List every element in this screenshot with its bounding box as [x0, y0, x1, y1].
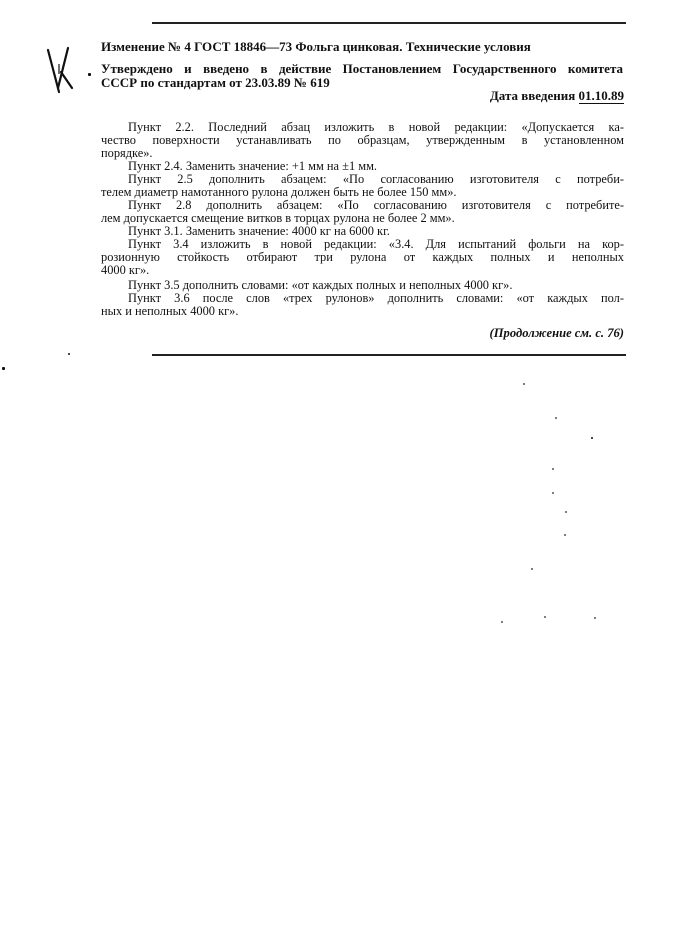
scan-speck: [544, 616, 546, 618]
body-line: Пункт 3.4 изложить в новой редакции: «3.…: [128, 237, 624, 251]
body-line: чество поверхности устанавливать по обра…: [101, 133, 624, 147]
scan-speck: [555, 417, 557, 419]
body-line: Пункт 3.6 после слов «трех рулонов» допо…: [128, 291, 624, 305]
body-line: 4000 кг».: [101, 263, 149, 277]
scan-speck: [68, 353, 70, 355]
scan-speck: [531, 568, 533, 570]
body-line: ных и неполных 4000 кг».: [101, 304, 238, 318]
scan-speck: [552, 492, 554, 494]
scan-speck: [591, 437, 593, 439]
effective-date-label: Дата введения: [490, 88, 575, 103]
body-line: телем диаметр намотанного рулона должен …: [101, 185, 457, 199]
margin-dot: [88, 73, 91, 76]
handwritten-k-mark-icon: [44, 44, 78, 96]
continuation-note: (Продолжение см. с. 76): [490, 326, 624, 340]
body-line: Пункт 2.5 дополнить абзацем: «По согласо…: [128, 172, 624, 186]
scan-speck: [564, 534, 566, 536]
scan-speck: [501, 621, 503, 623]
effective-date-value: 01.10.89: [579, 88, 625, 104]
approval-line-2: СССР по стандартам от 23.03.89 № 619: [101, 76, 330, 90]
scan-speck: [523, 383, 525, 385]
body-line: Пункт 3.1. Заменить значение: 4000 кг на…: [128, 224, 390, 238]
body-line: порядке».: [101, 146, 153, 160]
approval-line-1: Утверждено и введено в действие Постанов…: [101, 62, 623, 76]
scan-speck: [2, 367, 5, 370]
body-line: лем допускается смещение витков в торцах…: [101, 211, 455, 225]
body-line: Пункт 2.4. Заменить значение: +1 мм на ±…: [128, 159, 377, 173]
scan-speck: [594, 617, 596, 619]
scan-speck: [565, 511, 567, 513]
amendment-title: Изменение № 4 ГОСТ 18846—73 Фольга цинко…: [101, 40, 531, 54]
body-line: Пункт 2.8 дополнить абзацем: «По согласо…: [128, 198, 624, 212]
scan-speck: [552, 468, 554, 470]
body-line: розионную стойкость отбирают три рулона …: [101, 250, 624, 264]
top-rule: [152, 22, 626, 24]
body-line: Пункт 3.5 дополнить словами: «от каждых …: [128, 278, 512, 292]
body-line: Пункт 2.2. Последний абзац изложить в но…: [128, 120, 624, 134]
effective-date: Дата введения 01.10.89: [490, 89, 624, 103]
bottom-rule: [152, 354, 626, 356]
